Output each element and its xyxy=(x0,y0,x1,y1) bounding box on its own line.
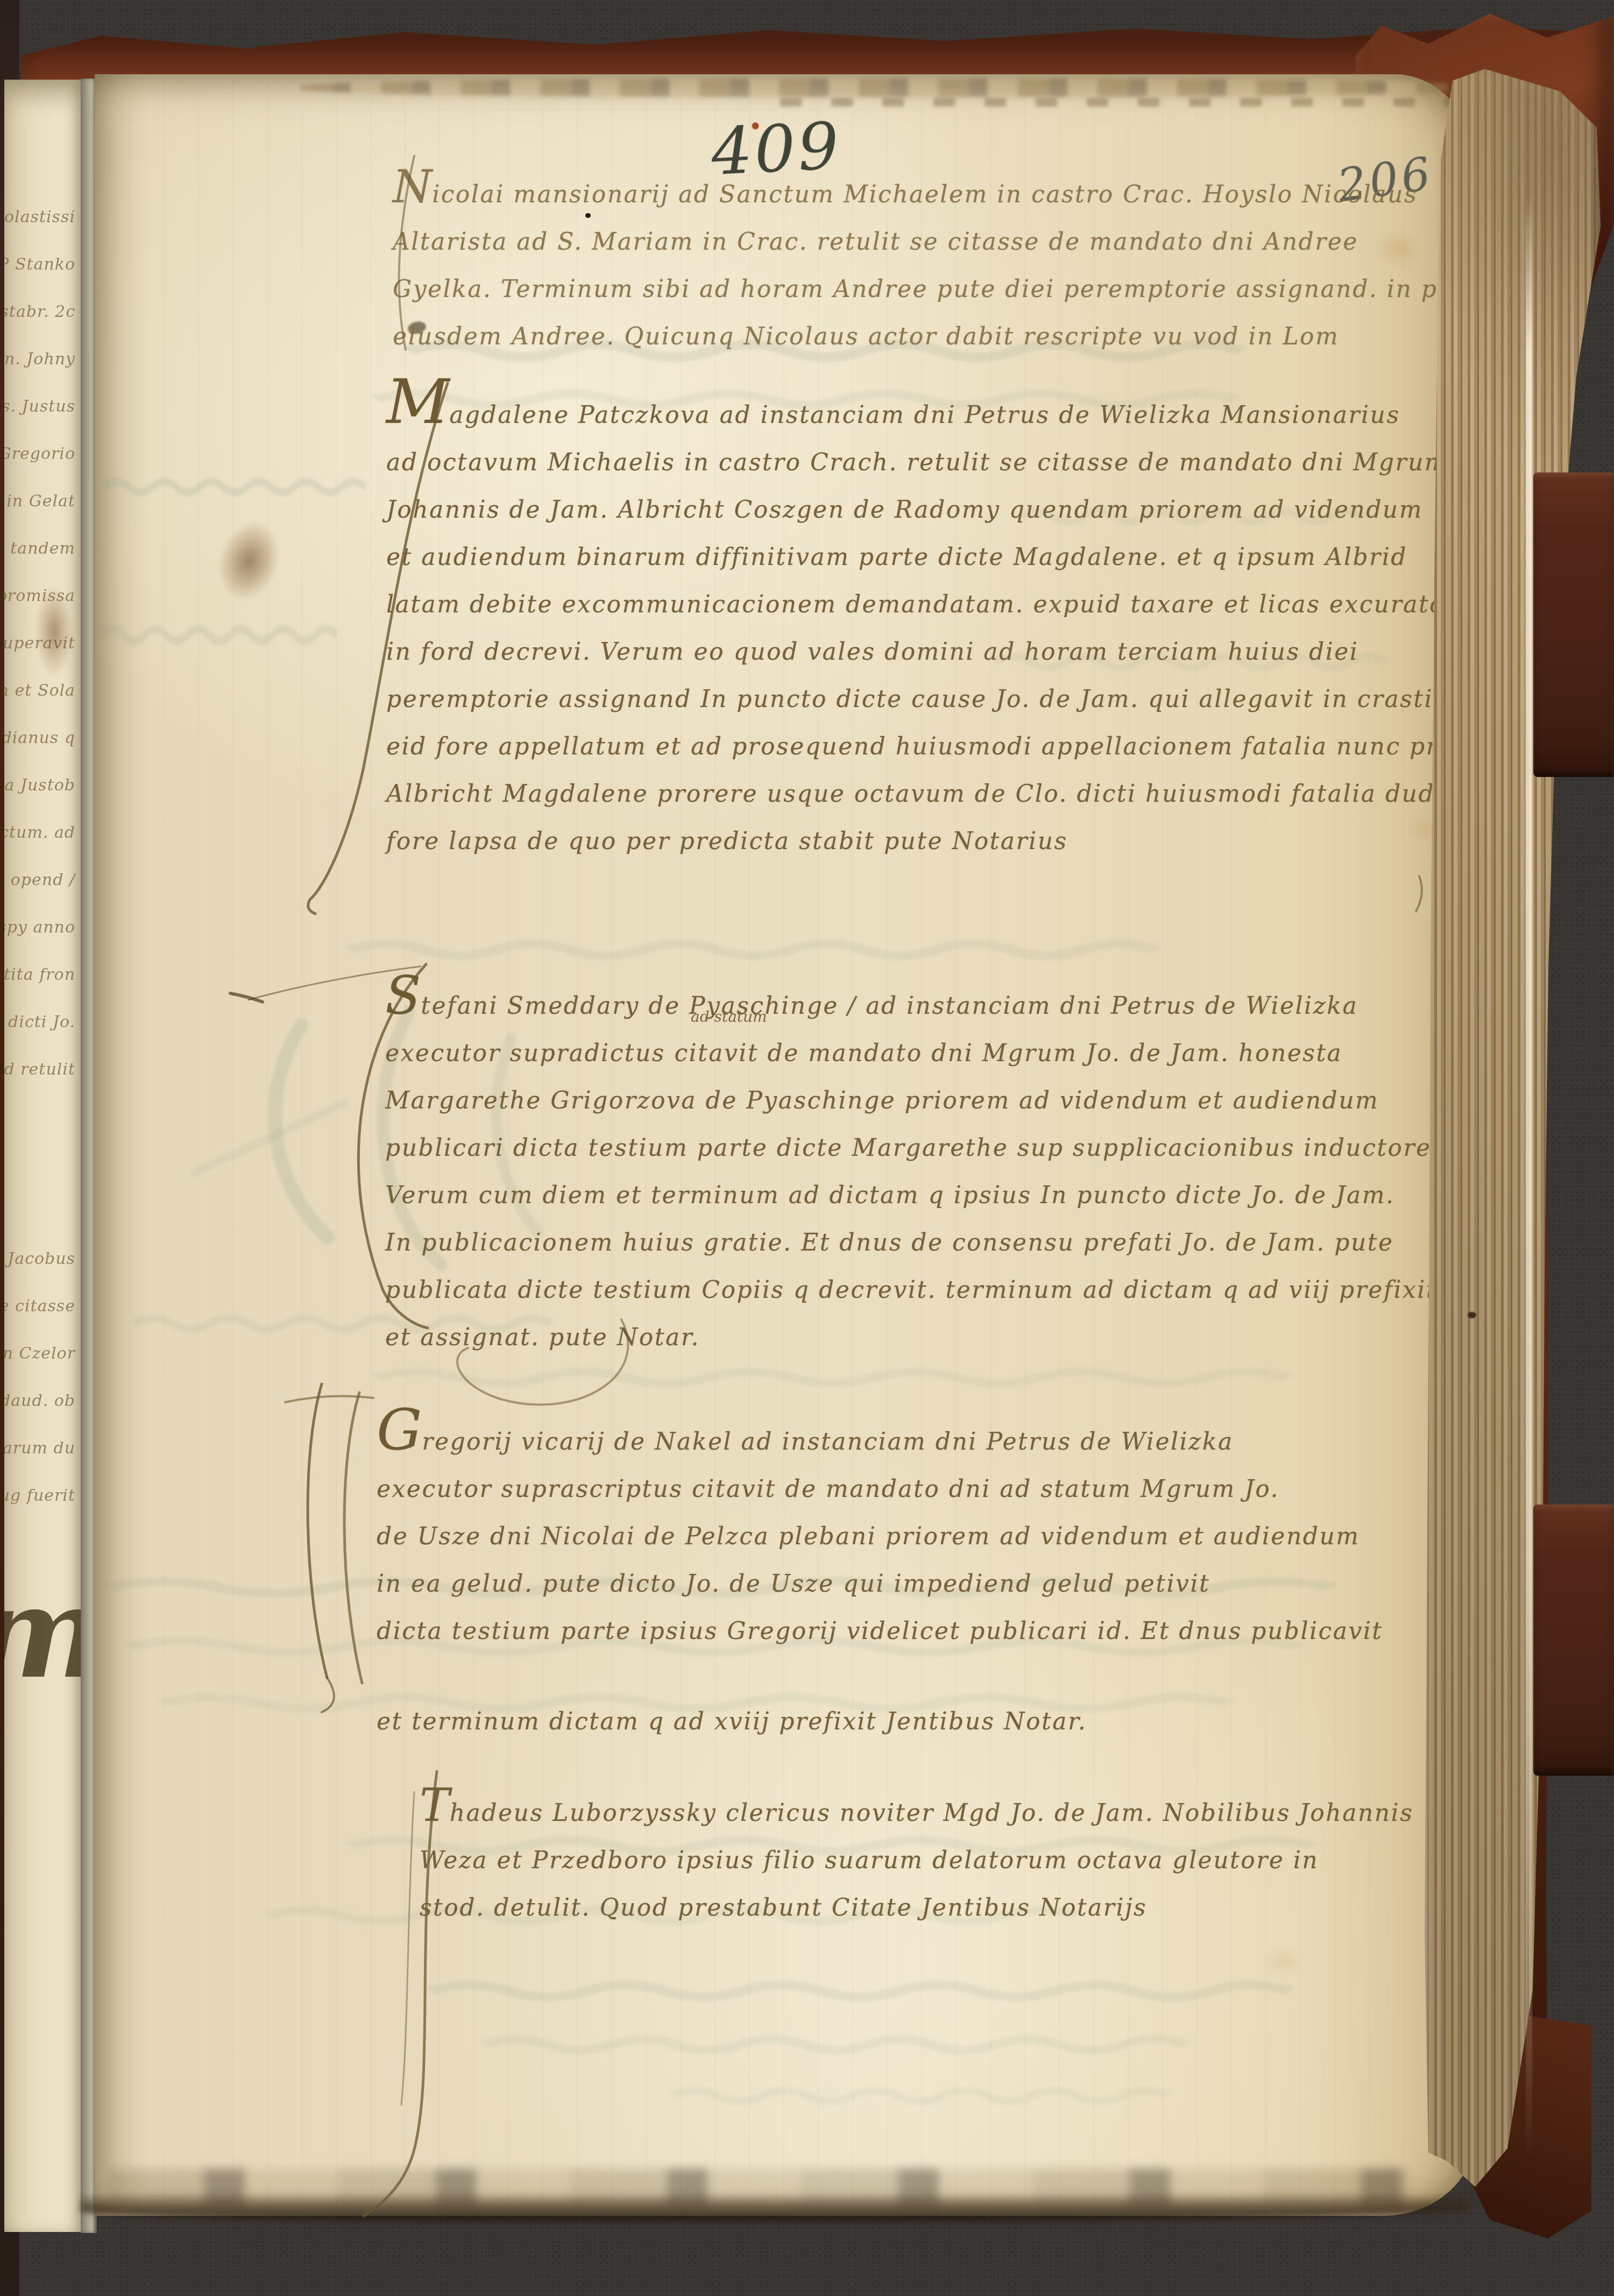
fore-edge-highlight xyxy=(1526,194,1532,2163)
manuscript-scan: Scholastissi P Stanko ntur obstabr. 2c d… xyxy=(0,0,1614,2296)
leather-strap-lower xyxy=(1533,1504,1614,1776)
leather-strap-upper xyxy=(1533,472,1614,777)
dark-speck xyxy=(1468,1312,1476,1318)
pen-flourishes xyxy=(0,0,1614,2296)
